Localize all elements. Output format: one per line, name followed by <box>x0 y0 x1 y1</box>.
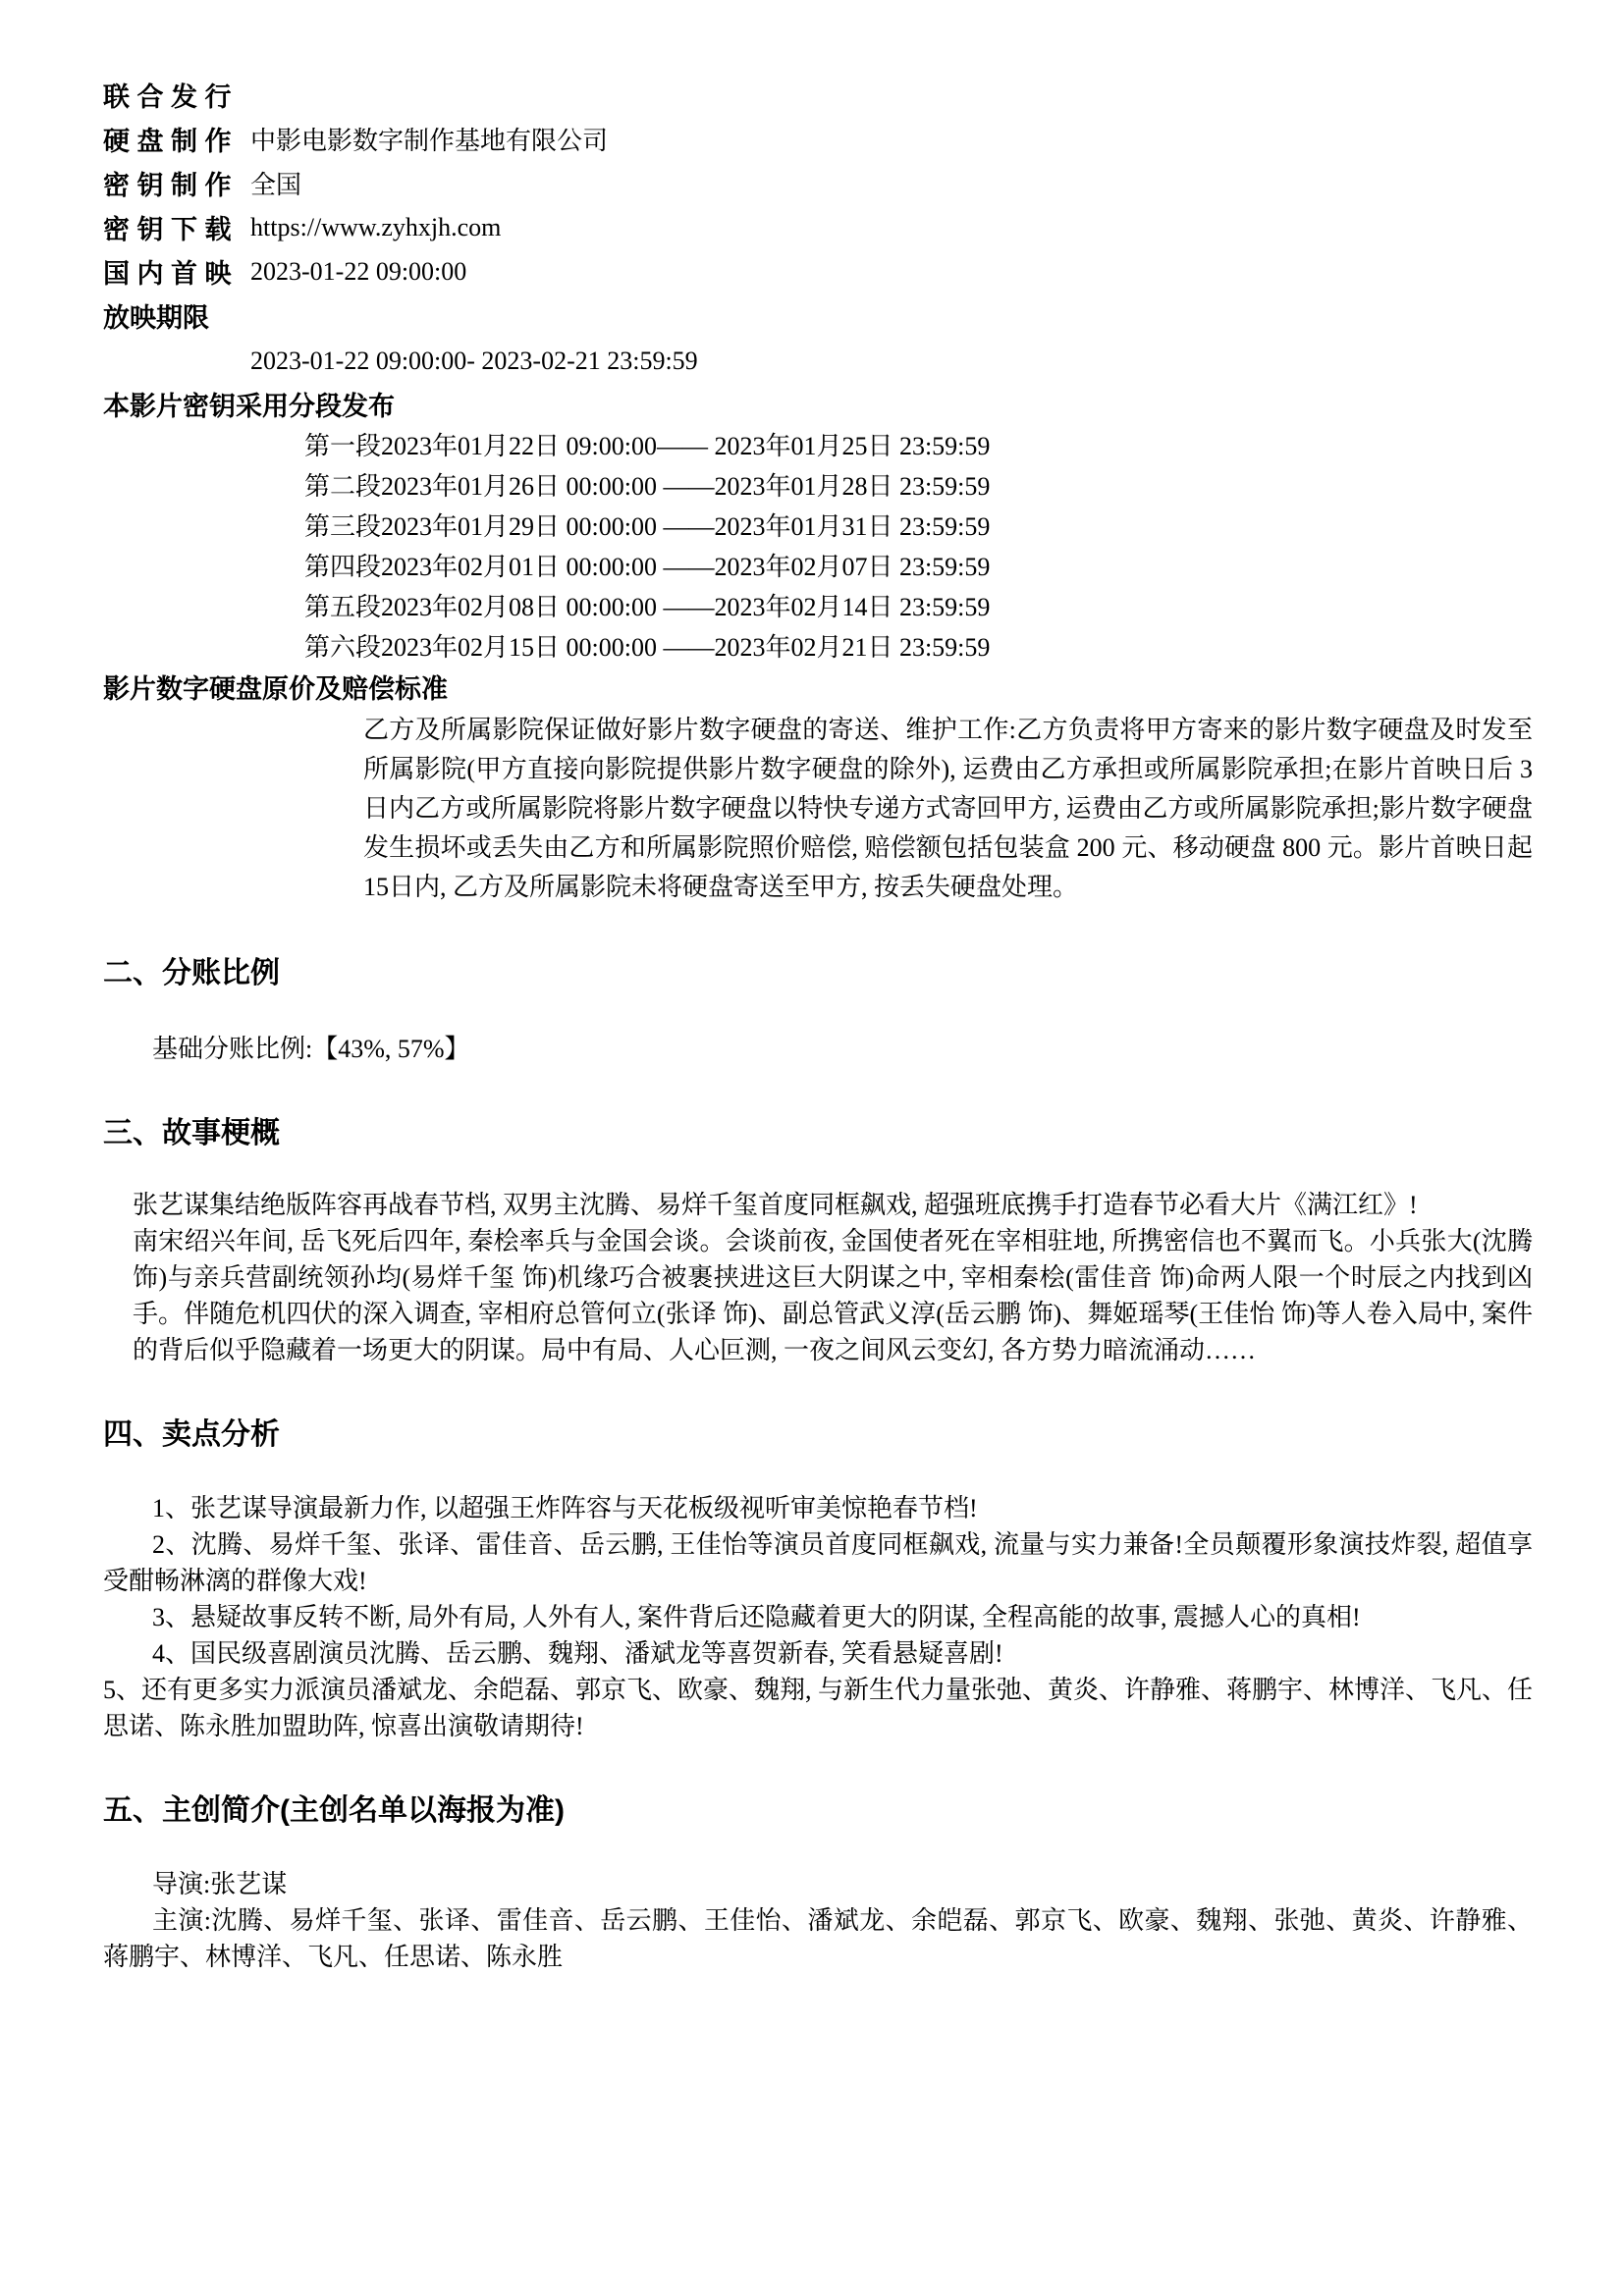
screening-period-label: 放映期限 <box>103 296 250 335</box>
field-row-joint-distribution: 联 合 发 行 <box>103 73 1533 117</box>
domestic-premiere-value: 2023-01-22 09:00:00 <box>250 257 466 287</box>
key-release-heading: 本影片密钥采用分段发布 <box>103 387 1533 426</box>
synopsis-block: 张艺谋集结绝版阵容再战春节档, 双男主沈腾、易烊千玺首度同框飙戏, 超强班底携手… <box>133 1187 1533 1368</box>
section-heading-selling-points: 四、卖点分析 <box>103 1417 1533 1453</box>
selling-point-2: 2、沈腾、易烊千玺、张译、雷佳音、岳云鹏, 王佳怡等演员首度同框飙戏, 流量与实… <box>103 1526 1533 1599</box>
key-production-value: 全国 <box>250 165 301 201</box>
key-release-segments: 第一段2023年01月22日 09:00:00—— 2023年01月25日 23… <box>304 426 1533 667</box>
field-row-domestic-premiere: 国 内 首 映 2023-01-22 09:00:00 <box>103 249 1533 294</box>
key-segment-5: 第五段2023年02月08日 00:00:00 ——2023年02月14日 23… <box>304 587 1533 627</box>
screening-period-value: 2023-01-22 09:00:00- 2023-02-21 23:59:59 <box>250 338 1533 385</box>
key-download-url: https://www.zyhxjh.com <box>250 213 501 242</box>
director-line: 导演:张艺谋 <box>103 1866 1533 1902</box>
cast-line: 主演:沈腾、易烊千玺、张译、雷佳音、岳云鹏、王佳怡、潘斌龙、余皑磊、郭京飞、欧豪… <box>103 1902 1533 1975</box>
key-segment-3: 第三段2023年01月29日 00:00:00 ——2023年01月31日 23… <box>304 507 1533 547</box>
field-row-disk-production: 硬 盘 制 作 中影电影数字制作基地有限公司 <box>103 117 1533 161</box>
compensation-heading: 影片数字硬盘原价及赔偿标准 <box>103 669 1533 709</box>
selling-point-4: 4、国民级喜剧演员沈腾、岳云鹏、魏翔、潘斌龙等喜贺新春, 笑看悬疑喜剧! <box>103 1635 1533 1672</box>
section-heading-credits: 五、主创简介(主创名单以海报为准) <box>103 1793 1533 1829</box>
synopsis-paragraph-2: 南宋绍兴年间, 岳飞死后四年, 秦桧率兵与金国会谈。会谈前夜, 金国使者死在宰相… <box>133 1223 1533 1368</box>
disk-production-label: 硬 盘 制 作 <box>103 120 250 158</box>
section-heading-revenue-share: 二、分账比例 <box>103 956 1533 991</box>
key-production-label: 密 钥 制 作 <box>103 164 250 202</box>
field-row-key-production: 密 钥 制 作 全国 <box>103 161 1533 205</box>
key-segment-2: 第二段2023年01月26日 00:00:00 ——2023年01月28日 23… <box>304 466 1533 507</box>
field-row-key-download: 密 钥 下 载 https://www.zyhxjh.com <box>103 205 1533 249</box>
selling-point-5: 5、还有更多实力派演员潘斌龙、余皑磊、郭京飞、欧豪、魏翔, 与新生代力量张弛、黄… <box>103 1672 1533 1744</box>
document-page: 联 合 发 行 硬 盘 制 作 中影电影数字制作基地有限公司 密 钥 制 作 全… <box>0 0 1623 2296</box>
domestic-premiere-label: 国 内 首 映 <box>103 252 250 291</box>
selling-point-3: 3、悬疑故事反转不断, 局外有局, 人外有人, 案件背后还隐藏着更大的阴谋, 全… <box>103 1599 1533 1635</box>
synopsis-paragraph-1: 张艺谋集结绝版阵容再战春节档, 双男主沈腾、易烊千玺首度同框飙戏, 超强班底携手… <box>133 1187 1533 1223</box>
revenue-share-ratio: 基础分账比例:【43%, 57%】 <box>103 1031 1533 1067</box>
key-segment-6: 第六段2023年02月15日 00:00:00 ——2023年02月21日 23… <box>304 627 1533 667</box>
selling-points-block: 1、张艺谋导演最新力作, 以超强王炸阵容与天花板级视听审美惊艳春节档! 2、沈腾… <box>103 1490 1533 1744</box>
key-download-label: 密 钥 下 载 <box>103 208 250 246</box>
key-segment-4: 第四段2023年02月01日 00:00:00 ——2023年02月07日 23… <box>304 547 1533 587</box>
field-row-screening-period: 放映期限 <box>103 294 1533 338</box>
section-heading-synopsis: 三、故事梗概 <box>103 1116 1533 1151</box>
disk-production-value: 中影电影数字制作基地有限公司 <box>250 121 608 157</box>
selling-point-1: 1、张艺谋导演最新力作, 以超强王炸阵容与天花板级视听审美惊艳春节档! <box>103 1490 1533 1526</box>
key-segment-1: 第一段2023年01月22日 09:00:00—— 2023年01月25日 23… <box>304 426 1533 466</box>
compensation-paragraph: 乙方及所属影院保证做好影片数字硬盘的寄送、维护工作:乙方负责将甲方寄来的影片数字… <box>363 711 1533 907</box>
joint-distribution-label: 联 合 发 行 <box>103 76 250 114</box>
